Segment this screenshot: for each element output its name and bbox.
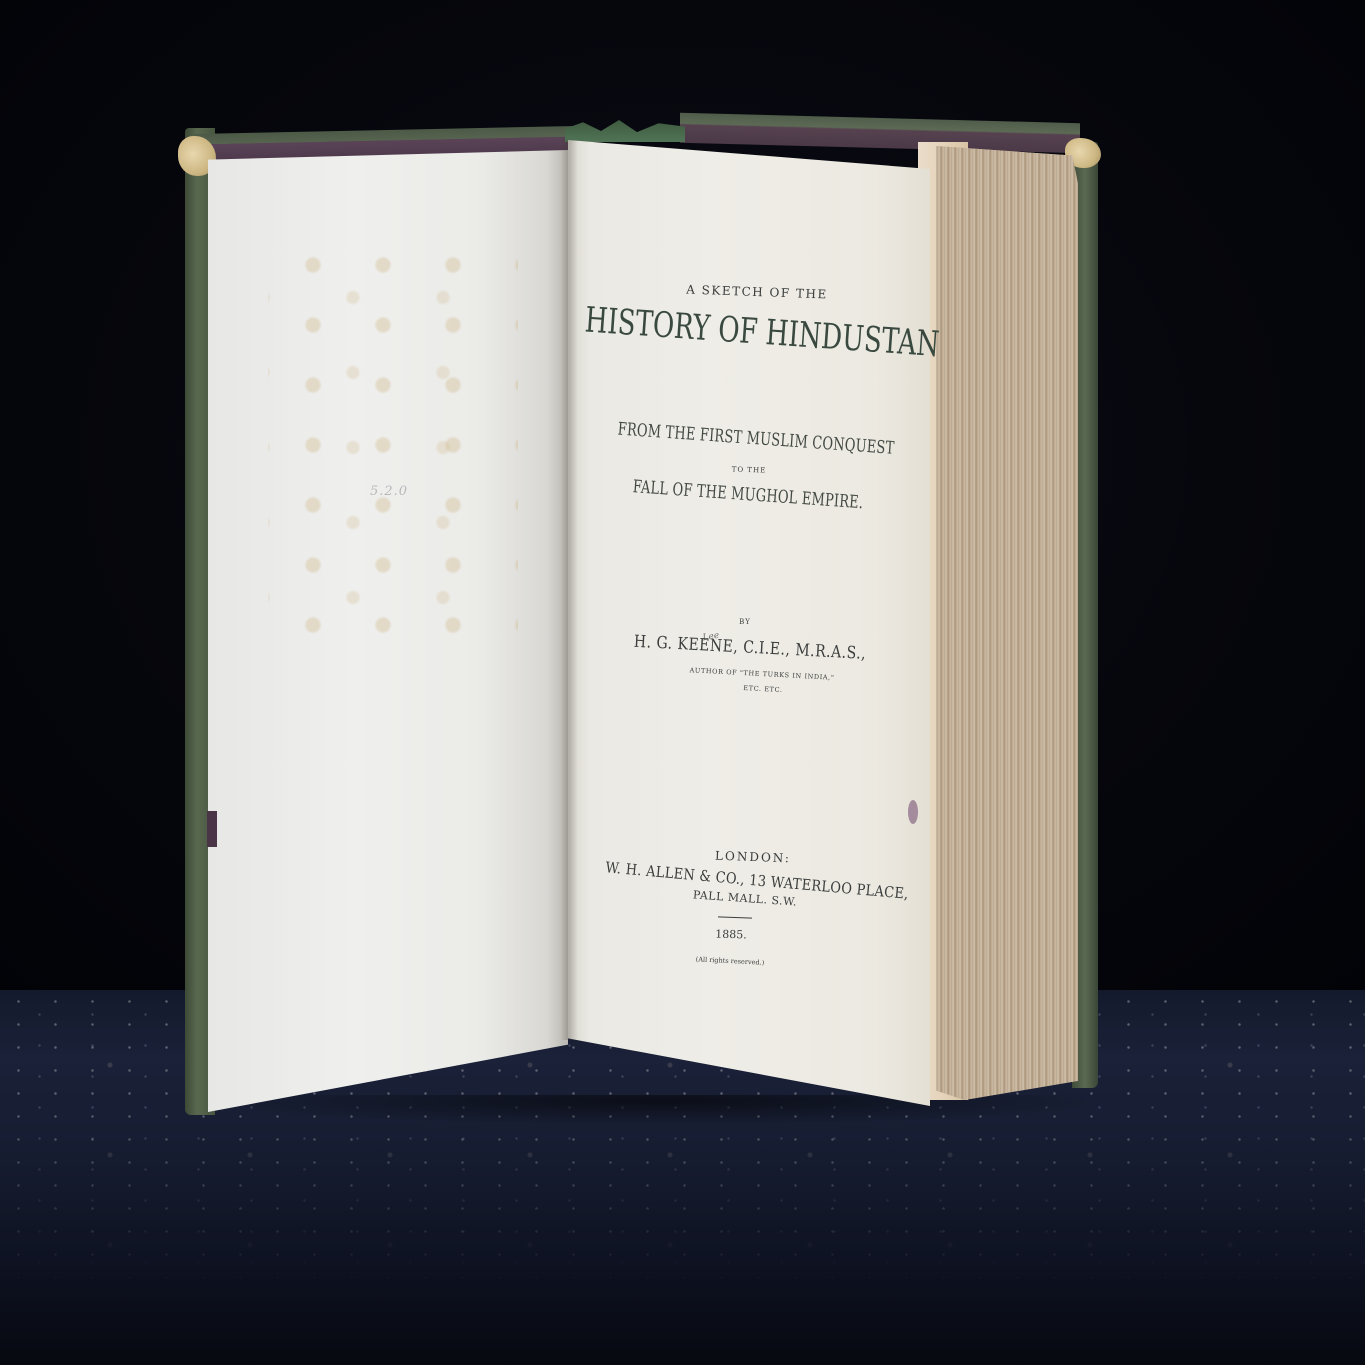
divider-rule: [718, 916, 752, 918]
title-page-text: A Sketch of the History of Hindustan Fro…: [568, 140, 930, 1106]
title-prefix: A Sketch of the: [576, 279, 938, 306]
front-endpaper: [208, 150, 568, 1112]
endpaper-tab-mark: [207, 811, 217, 847]
foxing-stains: [268, 230, 518, 650]
subtitle-line-1: From the First Muslim Conquest: [575, 417, 938, 462]
publication-year: 1885.: [550, 922, 912, 948]
rights-notice: (All rights reserved.): [549, 948, 911, 975]
pencil-note: 5.2.0: [370, 484, 408, 499]
deckled-page-edges: [936, 146, 1078, 1100]
book-title: History of Hindustan: [580, 300, 944, 366]
subtitle-line-2: Fall of the Mughol Empire.: [567, 473, 930, 518]
